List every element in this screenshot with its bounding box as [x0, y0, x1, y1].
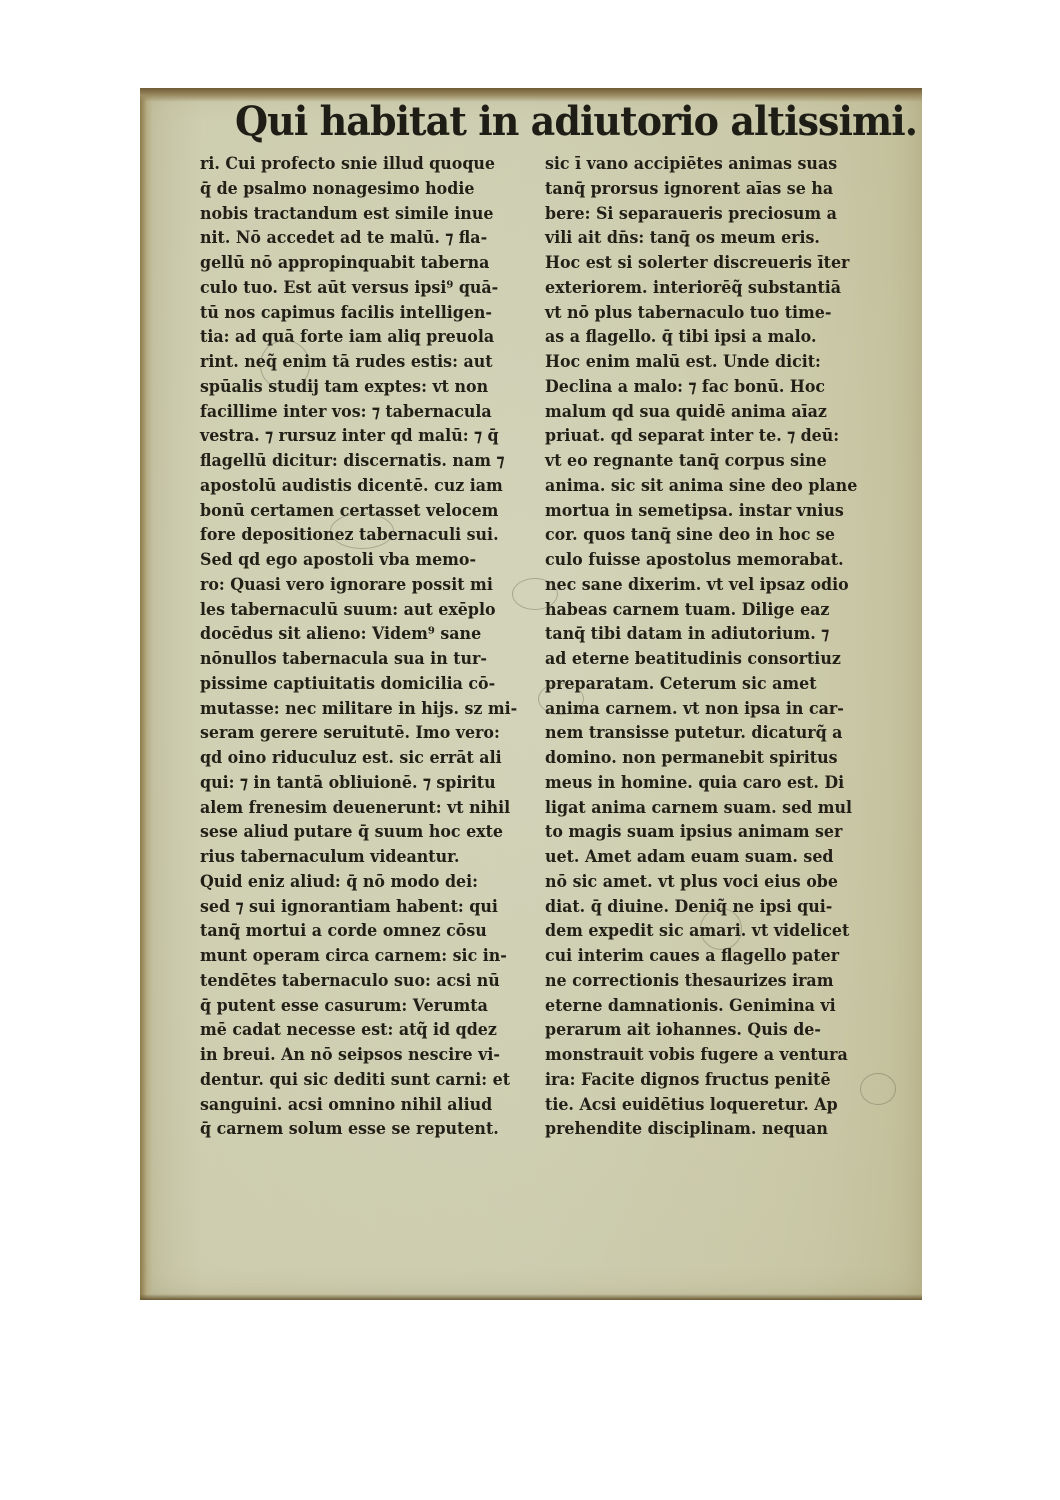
text-line: culo fuisse apostolus memorabat.	[545, 548, 871, 573]
text-line: docēdus sit alieno: Videm⁹ sane	[200, 622, 526, 647]
page-gutter-shadow	[140, 88, 152, 1300]
text-line: nōnullos tabernacula sua in tur-	[200, 647, 526, 672]
text-line: in breui. An nō seipsos nescire vi-	[200, 1043, 526, 1068]
text-line: Declina a malo: ⁊ fac bonū. Hoc	[545, 375, 871, 400]
text-line: anima carnem. vt non ipsa in car-	[545, 697, 871, 722]
text-line: mē cadat necesse est: atq̃ id qdez	[200, 1018, 526, 1043]
text-line: mortua in semetipsa. instar vnius	[545, 499, 871, 524]
text-line: gellū nō appropinquabit taberna	[200, 251, 526, 276]
text-line: tanq̄ tibi datam in adiutorium. ⁊	[545, 622, 871, 647]
text-line: diat. q̄ diuine. Deniq̃ ne ipsi qui-	[545, 895, 871, 920]
text-line: prehendite disciplinam. nequan	[545, 1117, 871, 1142]
text-line: exteriorem. interiorēq̃ substantiā	[545, 276, 871, 301]
text-line: rint. neq̃ enim tā rudes estis: aut	[200, 350, 526, 375]
text-line: sanguini. acsi omnino nihil aliud	[200, 1093, 526, 1118]
text-line: perarum ait iohannes. Quis de-	[545, 1018, 871, 1043]
text-line: q̄ putent esse casurum: Verumta	[200, 994, 526, 1019]
text-line: cui interim caues a flagello pater	[545, 944, 871, 969]
text-line: nec sane dixerim. vt vel ipsaz odio	[545, 573, 871, 598]
page-heading: Qui habitat in adiutorio altissimi.	[235, 98, 891, 145]
text-line: cor. quos tanq̄ sine deo in hoc se	[545, 523, 871, 548]
text-line: malum qd sua quidē anima aīaz	[545, 400, 871, 425]
text-line: qd oino riduculuz est. sic errāt ali	[200, 746, 526, 771]
text-line: ira: Facite dignos fructus penitē	[545, 1068, 871, 1093]
text-line: vt nō plus tabernaculo tuo time-	[545, 301, 871, 326]
text-line: Quid eniz aliud: q̄ nō modo dei:	[200, 870, 526, 895]
text-line: q̄ de psalmo nonagesimo hodie	[200, 177, 526, 202]
text-line: domino. non permanebit spiritus	[545, 746, 871, 771]
text-line: dentur. qui sic dediti sunt carni: et	[200, 1068, 526, 1093]
text-line: ro: Quasi vero ignorare possit mi	[200, 573, 526, 598]
page-bottom-edge	[140, 1294, 922, 1300]
text-line: les tabernaculū suum: aut exēplo	[200, 598, 526, 623]
text-line: tie. Acsi euidētius loqueretur. Ap	[545, 1093, 871, 1118]
text-line: tū nos capimus facilis intelligen-	[200, 301, 526, 326]
text-line: nō sic amet. vt plus voci eius obe	[545, 870, 871, 895]
text-line: Hoc est si solerter discreueris īter	[545, 251, 871, 276]
text-line: mutasse: nec militare in hijs. sz mi-	[200, 697, 526, 722]
text-line: culo tuo. Est aūt versus ipsi⁹ quā-	[200, 276, 526, 301]
text-line: tia: ad quā forte iam aliq preuola	[200, 325, 526, 350]
text-line: apostolū audistis dicentē. cuz iam	[200, 474, 526, 499]
text-line: vt eo regnante tanq̄ corpus sine	[545, 449, 871, 474]
text-line: vili ait dn̄s: tanq̄ os meum eris.	[545, 226, 871, 251]
text-line: nobis tractandum est simile inue	[200, 202, 526, 227]
text-line: priuat. qd separat inter te. ⁊ deū:	[545, 424, 871, 449]
text-line: munt operam circa carnem: sic in-	[200, 944, 526, 969]
text-line: sic ī vano accipiētes animas suas	[545, 152, 871, 177]
text-line: Sed qd ego apostoli vba memo-	[200, 548, 526, 573]
text-line: spūalis studij tam exptes: vt non	[200, 375, 526, 400]
text-line: ri. Cui profecto snie illud quoque	[200, 152, 526, 177]
text-line: anima. sic sit anima sine deo plane	[545, 474, 871, 499]
text-line: uet. Amet adam euam suam. sed	[545, 845, 871, 870]
text-line: preparatam. Ceterum sic amet	[545, 672, 871, 697]
text-line: qui: ⁊ in tantā obliuionē. ⁊ spiritu	[200, 771, 526, 796]
text-line: as a flagello. q̄ tibi ipsi a malo.	[545, 325, 871, 350]
text-line: nit. Nō accedet ad te malū. ⁊ fla-	[200, 226, 526, 251]
text-line: bere: Si separaueris preciosum a	[545, 202, 871, 227]
text-line: flagellū dicitur: discernatis. nam ⁊	[200, 449, 526, 474]
text-line: ad eterne beatitudinis consortiuz	[545, 647, 871, 672]
text-line: tanq̄ mortui a corde omnez cōsu	[200, 919, 526, 944]
text-line: sese aliud putare q̄ suum hoc exte	[200, 820, 526, 845]
text-line: dem expedit sic amari. vt videlicet	[545, 919, 871, 944]
text-line: pissime captiuitatis domicilia cō-	[200, 672, 526, 697]
text-line: alem frenesim deuenerunt: vt nihil	[200, 796, 526, 821]
text-line: nem transisse putetur. dicaturq̃ a	[545, 721, 871, 746]
text-line: ligat anima carnem suam. sed mul	[545, 796, 871, 821]
text-line: rius tabernaculum videantur.	[200, 845, 526, 870]
text-column-right: sic ī vano accipiētes animas suastanq̄ p…	[545, 152, 885, 1142]
text-line: eterne damnationis. Genimina vi	[545, 994, 871, 1019]
text-line: to magis suam ipsius animam ser	[545, 820, 871, 845]
text-line: sed ⁊ sui ignorantiam habent: qui	[200, 895, 526, 920]
text-line: seram gerere seruitutē. Imo vero:	[200, 721, 526, 746]
text-line: vestra. ⁊ rursuz inter qd malū: ⁊ q̄	[200, 424, 526, 449]
text-line: bonū certamen certasset velocem	[200, 499, 526, 524]
text-line: fore depositionez tabernaculi sui.	[200, 523, 526, 548]
text-line: Hoc enim malū est. Unde dicit:	[545, 350, 871, 375]
text-line: habeas carnem tuam. Dilige eaz	[545, 598, 871, 623]
text-line: meus in homine. quia caro est. Di	[545, 771, 871, 796]
book-page: Qui habitat in adiutorio altissimi. ri. …	[140, 88, 922, 1300]
text-line: tendētes tabernaculo suo: acsi nū	[200, 969, 526, 994]
text-line: q̄ carnem solum esse se reputent.	[200, 1117, 526, 1142]
text-line: facillime inter vos: ⁊ tabernacula	[200, 400, 526, 425]
text-column-left: ri. Cui profecto snie illud quoqueq̄ de …	[200, 152, 540, 1142]
text-line: ne correctionis thesaurizes iram	[545, 969, 871, 994]
text-line: tanq̄ prorsus ignorent aīas se ha	[545, 177, 871, 202]
text-line: monstrauit vobis fugere a ventura	[545, 1043, 871, 1068]
